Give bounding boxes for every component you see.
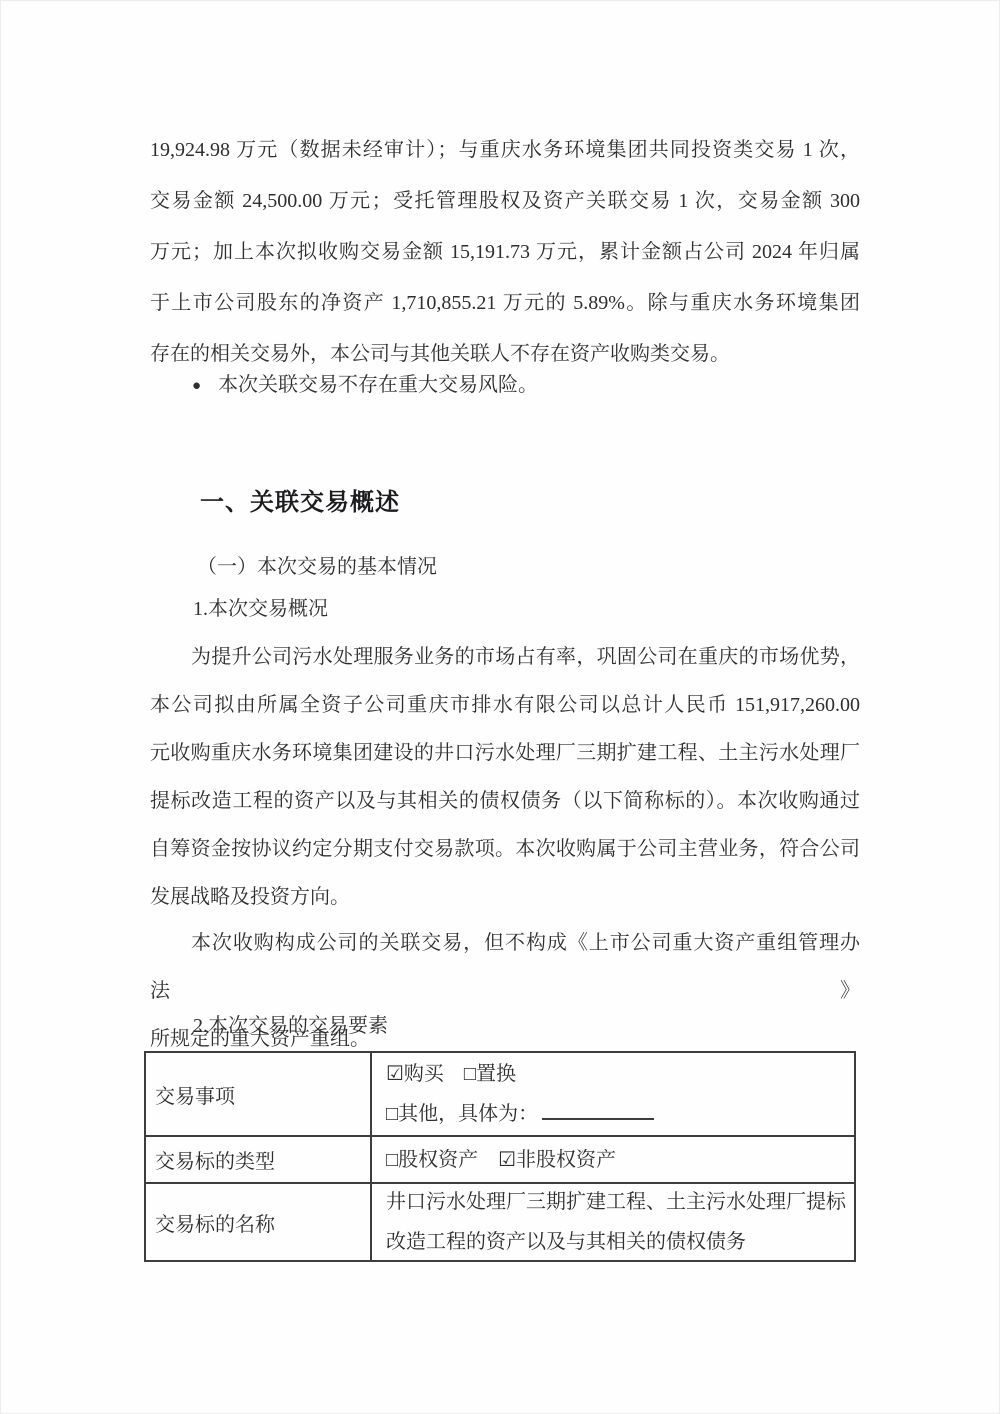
paragraph-line: 元收购重庆水务环境集团建设的井口污水处理厂三期扩建工程、土主污水处理厂	[150, 729, 860, 777]
row-label: 交易标的名称	[146, 1184, 372, 1260]
paragraph-line: 本公司拟由所属全资子公司重庆市排水有限公司以总计人民币 151,917,260.…	[150, 681, 860, 729]
section-heading: 一、关联交易概述	[200, 486, 400, 520]
paragraph-line: 于上市公司股东的净资产 1,710,855.21 万元的 5.89%。除与重庆水…	[150, 278, 860, 329]
checkbox-other-label: □其他，具体为：	[386, 1103, 538, 1125]
paragraph-line: 19,924.98 万元（数据未经审计）；与重庆水务环境集团共同投资类交易 1 …	[150, 125, 860, 176]
paragraph-line: 万元；加上本次拟收购交易金额 15,191.73 万元，累计金额占公司 2024…	[150, 227, 860, 278]
table-row: 交易事项 ☑购买 □置换 □其他，具体为：	[146, 1053, 854, 1135]
value-line: 改造工程的资产以及与其相关的债权债务	[386, 1222, 854, 1262]
paragraph-line: 为提升公司污水处理服务业务的市场占有率，巩固公司在重庆的市场优势，	[150, 633, 860, 681]
paragraph-line: 提标改造工程的资产以及与其相关的债权债务（以下简称标的）。本次收购通过	[150, 777, 860, 825]
checkbox-other-line[interactable]: □其他，具体为：	[386, 1094, 854, 1134]
row-label: 交易事项	[146, 1053, 372, 1135]
table-row: 交易标的类型 □股权资产 ☑非股权资产	[146, 1135, 854, 1182]
row-value: □股权资产 ☑非股权资产	[372, 1137, 854, 1182]
bullet-text: 本次关联交易不存在重大交易风险。	[218, 374, 538, 396]
transaction-elements-table: 交易事项 ☑购买 □置换 □其他，具体为： 交易标的类型 □股权资产 ☑非股权资…	[144, 1051, 856, 1262]
paragraph-continuation: 19,924.98 万元（数据未经审计）；与重庆水务环境集团共同投资类交易 1 …	[150, 125, 860, 380]
checkbox-options-line[interactable]: □股权资产 ☑非股权资产	[386, 1140, 854, 1180]
bullet-item: ●本次关联交易不存在重大交易风险。	[192, 370, 538, 401]
subsection-heading: （一）本次交易的基本情况	[197, 552, 437, 582]
paragraph-line: 本次收购构成公司的关联交易，但不构成《上市公司重大资产重组管理办法》	[150, 919, 860, 1015]
paragraph-overview: 为提升公司污水处理服务业务的市场占有率，巩固公司在重庆的市场优势， 本公司拟由所…	[150, 633, 860, 921]
paragraph-line: 发展战略及投资方向。	[150, 873, 860, 921]
blank-underline	[542, 1104, 654, 1120]
value-line: 井口污水处理厂三期扩建工程、土主污水处理厂提标	[386, 1182, 854, 1222]
row-label: 交易标的类型	[146, 1137, 372, 1182]
checkbox-options-line[interactable]: ☑购买 □置换	[386, 1054, 854, 1094]
table-row: 交易标的名称 井口污水处理厂三期扩建工程、土主污水处理厂提标 改造工程的资产以及…	[146, 1182, 854, 1260]
document-page: 19,924.98 万元（数据未经审计）；与重庆水务环境集团共同投资类交易 1 …	[0, 0, 1000, 1414]
paragraph-restructuring: 本次收购构成公司的关联交易，但不构成《上市公司重大资产重组管理办法》 所规定的重…	[150, 919, 860, 1063]
bullet-icon: ●	[192, 378, 201, 394]
row-value: 井口污水处理厂三期扩建工程、土主污水处理厂提标 改造工程的资产以及与其相关的债权…	[372, 1184, 854, 1260]
item2-heading: 2.本次交易的交易要素	[193, 1011, 388, 1041]
paragraph-line: 交易金额 24,500.00 万元；受托管理股权及资产关联交易 1 次，交易金额…	[150, 176, 860, 227]
paragraph-line: 自筹资金按协议约定分期支付交易款项。本次收购属于公司主营业务，符合公司	[150, 825, 860, 873]
item1-heading: 1.本次交易概况	[193, 594, 328, 624]
row-value: ☑购买 □置换 □其他，具体为：	[372, 1053, 854, 1135]
